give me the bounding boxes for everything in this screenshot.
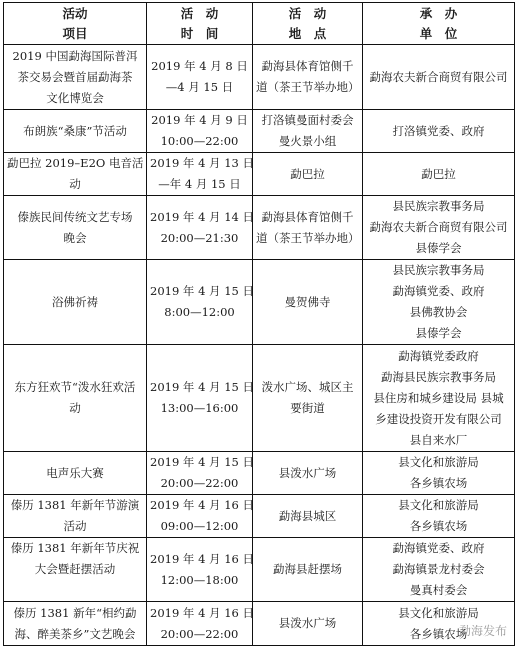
cell-organizer-line: 勐海镇景龙村委会 [366, 559, 511, 580]
table-row: 浴佛祈祷2019 年 4 月 15 日8:00—12:00曼贺佛寺县民族宗教事务… [4, 260, 515, 345]
cell-organizer-line: 县文化和旅游局 [366, 603, 511, 624]
cell-organizer-line: 曼真村委会 [366, 580, 511, 601]
cell-time: 2019 年 4 月 16 日20:00—22:00 [147, 602, 253, 646]
cell-organizer: 县文化和旅游局各乡镇农场 [363, 495, 515, 538]
cell-project: 傣族民间传统文艺专场晚会 [4, 196, 147, 260]
cell-location-line: 勐巴拉 [256, 164, 359, 185]
cell-project-line: 电声乐大赛 [7, 463, 143, 484]
cell-time: 2019 年 4 月 13 日—年 4 月 15 日 [147, 153, 253, 196]
cell-organizer-line: 打洛镇党委、政府 [366, 121, 511, 142]
cell-time: 2019 年 4 月 16 日09:00—12:00 [147, 495, 253, 538]
cell-time: 2019 年 4 月 16 日12:00—18:00 [147, 538, 253, 602]
cell-organizer-line: 县佛教协会 [366, 302, 511, 323]
cell-organizer-line: 县民族宗教事务局 [366, 260, 511, 281]
cell-organizer: 县文化和旅游局各乡镇农场 [363, 452, 515, 495]
cell-location-line: 勐海县体育馆侧千 [256, 56, 359, 77]
table-row: 傣历 1381 年新年节游演活动2019 年 4 月 16 日09:00—12:… [4, 495, 515, 538]
cell-project: 傣历 1381 年新年节庆祝大会暨赶摆活动 [4, 538, 147, 602]
cell-project-line: 浴佛祈祷 [7, 292, 143, 313]
cell-location-line: 勐海县赶摆场 [256, 559, 359, 580]
cell-project-line: 傣历 1381 年新年节庆祝 [7, 538, 143, 559]
table-row: 布朗族“桑康”节活动2019 年 4 月 9 日10:00—22:00打洛镇曼面… [4, 110, 515, 153]
cell-project: 布朗族“桑康”节活动 [4, 110, 147, 153]
cell-time: 2019 年 4 月 15 日13:00—16:00 [147, 345, 253, 452]
cell-time-line: 20:00—22:00 [150, 624, 249, 645]
cell-project: 浴佛祈祷 [4, 260, 147, 345]
table-row: 东方狂欢节“泼水狂欢活动2019 年 4 月 15 日13:00—16:00泼水… [4, 345, 515, 452]
cell-project-line: 勐巴拉 2019–E2O 电音活 [7, 153, 143, 174]
cell-organizer-line: 乡建设投资开发有限公司 [366, 409, 511, 430]
cell-time-line: 2019 年 4 月 14 日 [150, 207, 249, 228]
cell-location-line: 打洛镇曼面村委会 [256, 110, 359, 131]
cell-organizer: 打洛镇党委、政府 [363, 110, 515, 153]
cell-organizer-line: 县傣学会 [366, 323, 511, 344]
cell-project: 电声乐大赛 [4, 452, 147, 495]
cell-location-line: 要街道 [256, 398, 359, 419]
cell-organizer-line: 勐海镇党委、政府 [366, 281, 511, 302]
cell-project-line [7, 580, 143, 601]
cell-project: 傣历 1381 新年“相约勐海、醉美茶乡”文艺晚会 [4, 602, 147, 646]
cell-project-line: 文化博览会 [7, 88, 143, 109]
cell-time-line: 8:00—12:00 [150, 302, 249, 323]
cell-project-line: 海、醉美茶乡”文艺晚会 [7, 624, 143, 645]
cell-organizer-line: 各乡镇农场 [366, 473, 511, 494]
cell-time-line: 2019 年 4 月 8 日 [150, 56, 249, 77]
table-row: 勐巴拉 2019–E2O 电音活动2019 年 4 月 13 日—年 4 月 1… [4, 153, 515, 196]
activity-schedule-table: 活动 项目 活 动 时 间 活 动 地 点 承 办 单 位 2019 中国勐海国… [3, 2, 515, 646]
cell-location: 勐巴拉 [253, 153, 363, 196]
cell-location: 勐海县城区 [253, 495, 363, 538]
table-row: 傣历 1381 新年“相约勐海、醉美茶乡”文艺晚会2019 年 4 月 16 日… [4, 602, 515, 646]
cell-time-line: 2019 年 4 月 15 日 [150, 377, 249, 398]
cell-organizer-line: 县自来水厂 [366, 430, 511, 451]
cell-time-line: 2019 年 4 月 13 日 [150, 153, 249, 174]
cell-location-line: 县泼水广场 [256, 613, 359, 634]
cell-organizer-line: 勐海镇党委、政府 [366, 538, 511, 559]
cell-organizer-line: 县民族宗教事务局 [366, 196, 511, 217]
cell-time-line: 10:00—22:00 [150, 131, 249, 152]
cell-time-line: —年 4 月 15 日 [150, 174, 249, 195]
cell-project-line: 傣族民间传统文艺专场 [7, 207, 143, 228]
header-organizer: 承 办 单 位 [363, 3, 515, 45]
cell-organizer-line: 县文化和旅游局 [366, 495, 511, 516]
cell-location: 打洛镇曼面村委会曼火景小组 [253, 110, 363, 153]
cell-time-line: 13:00—16:00 [150, 398, 249, 419]
cell-location: 勐海县体育馆侧千道（茶王节举办地） [253, 45, 363, 110]
cell-project-line: 傣历 1381 新年“相约勐 [7, 603, 143, 624]
header-time: 活 动 时 间 [147, 3, 253, 45]
cell-location: 县泼水广场 [253, 602, 363, 646]
cell-project-line: 茶交易会暨首届勐海茶 [7, 67, 143, 88]
cell-location-line: 曼火景小组 [256, 131, 359, 152]
cell-project-line: 动 [7, 398, 143, 419]
cell-location-line: 县泼水广场 [256, 463, 359, 484]
cell-time-line: 2019 年 4 月 15 日 [150, 281, 249, 302]
cell-project: 傣历 1381 年新年节游演活动 [4, 495, 147, 538]
cell-project-line: 活动 [7, 516, 143, 537]
table-row: 傣族民间传统文艺专场晚会2019 年 4 月 14 日20:00—21:30勐海… [4, 196, 515, 260]
cell-location-line: 勐海县体育馆侧千 [256, 207, 359, 228]
cell-time-line: 09:00—12:00 [150, 516, 249, 537]
cell-location: 县泼水广场 [253, 452, 363, 495]
cell-time-line: 20:00—22:00 [150, 473, 249, 494]
cell-location: 勐海县体育馆侧千道（茶王节举办地） [253, 196, 363, 260]
cell-project-line: 晚会 [7, 228, 143, 249]
cell-organizer-line: 勐海县民族宗教事务局 [366, 367, 511, 388]
header-row: 活动 项目 活 动 时 间 活 动 地 点 承 办 单 位 [4, 3, 515, 45]
cell-organizer-line: 勐巴拉 [366, 164, 511, 185]
cell-location: 泼水广场、城区主要街道 [253, 345, 363, 452]
header-location: 活 动 地 点 [253, 3, 363, 45]
header-project: 活动 项目 [4, 3, 147, 45]
cell-time: 2019 年 4 月 8 日—4 月 15 日 [147, 45, 253, 110]
cell-location: 勐海县赶摆场 [253, 538, 363, 602]
cell-project-line: 2019 中国勐海国际普洱 [7, 46, 143, 67]
cell-time: 2019 年 4 月 9 日10:00—22:00 [147, 110, 253, 153]
cell-time-line: 2019 年 4 月 16 日 [150, 549, 249, 570]
cell-time: 2019 年 4 月 15 日20:00—22:00 [147, 452, 253, 495]
cell-organizer-line: 勐海镇党委政府 [366, 346, 511, 367]
cell-time-line: 2019 年 4 月 16 日 [150, 495, 249, 516]
cell-organizer: 勐海镇党委、政府勐海镇景龙村委会曼真村委会 [363, 538, 515, 602]
table-row: 傣历 1381 年新年节庆祝大会暨赶摆活动 2019 年 4 月 16 日12:… [4, 538, 515, 602]
cell-organizer: 勐海农夫新合商贸有限公司 [363, 45, 515, 110]
cell-time-line: 2019 年 4 月 15 日 [150, 452, 249, 473]
table-row: 电声乐大赛2019 年 4 月 15 日20:00—22:00县泼水广场县文化和… [4, 452, 515, 495]
cell-organizer-line: 县住房和城乡建设局 县城 [366, 388, 511, 409]
cell-project: 2019 中国勐海国际普洱茶交易会暨首届勐海茶文化博览会 [4, 45, 147, 110]
cell-time-line: 2019 年 4 月 9 日 [150, 110, 249, 131]
cell-time-line: —4 月 15 日 [150, 77, 249, 98]
cell-project-line: 布朗族“桑康”节活动 [7, 121, 143, 142]
cell-location-line: 勐海县城区 [256, 506, 359, 527]
cell-project-line: 大会暨赶摆活动 [7, 559, 143, 580]
cell-location-line: 道（茶王节举办地） [256, 77, 359, 98]
cell-time: 2019 年 4 月 14 日20:00—21:30 [147, 196, 253, 260]
cell-project-line: 傣历 1381 年新年节游演 [7, 495, 143, 516]
cell-project-line: 东方狂欢节“泼水狂欢活 [7, 377, 143, 398]
table-body: 2019 中国勐海国际普洱茶交易会暨首届勐海茶文化博览会2019 年 4 月 8… [4, 45, 515, 646]
cell-location: 曼贺佛寺 [253, 260, 363, 345]
cell-project-line: 动 [7, 174, 143, 195]
watermark: 勐海发布 [459, 622, 507, 639]
cell-time-line: 12:00—18:00 [150, 570, 249, 591]
table-row: 2019 中国勐海国际普洱茶交易会暨首届勐海茶文化博览会2019 年 4 月 8… [4, 45, 515, 110]
cell-project: 东方狂欢节“泼水狂欢活动 [4, 345, 147, 452]
cell-organizer: 勐巴拉 [363, 153, 515, 196]
cell-organizer-line: 县傣学会 [366, 238, 511, 259]
cell-location-line: 曼贺佛寺 [256, 292, 359, 313]
cell-organizer-line: 县文化和旅游局 [366, 452, 511, 473]
cell-organizer-line: 各乡镇农场 [366, 516, 511, 537]
cell-organizer-line: 勐海农夫新合商贸有限公司 [366, 217, 511, 238]
cell-organizer: 勐海镇党委政府勐海县民族宗教事务局县住房和城乡建设局 县城乡建设投资开发有限公司… [363, 345, 515, 452]
cell-organizer: 县民族宗教事务局勐海镇党委、政府县佛教协会县傣学会 [363, 260, 515, 345]
cell-organizer: 县民族宗教事务局勐海农夫新合商贸有限公司县傣学会 [363, 196, 515, 260]
cell-location-line: 泼水广场、城区主 [256, 377, 359, 398]
cell-time: 2019 年 4 月 15 日8:00—12:00 [147, 260, 253, 345]
cell-organizer-line: 勐海农夫新合商贸有限公司 [366, 67, 511, 88]
cell-time-line: 2019 年 4 月 16 日 [150, 603, 249, 624]
cell-project: 勐巴拉 2019–E2O 电音活动 [4, 153, 147, 196]
cell-location-line: 道（茶王节举办地） [256, 228, 359, 249]
cell-time-line: 20:00—21:30 [150, 228, 249, 249]
